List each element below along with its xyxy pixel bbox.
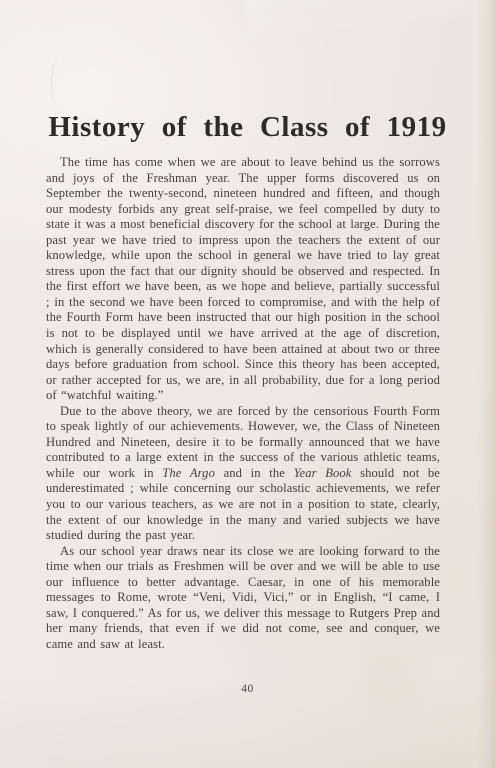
paragraph: As our school year draws near its close … bbox=[46, 544, 440, 653]
paragraph-text: As our school year draws near its close … bbox=[46, 544, 440, 651]
page-number: 40 bbox=[0, 683, 495, 695]
paragraph: Due to the above theory, we are forced b… bbox=[46, 404, 440, 544]
paper-edge-highlight bbox=[242, 0, 495, 55]
paper-crease-mark bbox=[49, 56, 68, 103]
page-title: History of the Class of 1919 bbox=[0, 111, 495, 144]
italic-text: The Argo bbox=[162, 466, 215, 480]
scanned-book-page: History of the Class of 1919 The time ha… bbox=[0, 0, 495, 768]
body-text: The time has come when we are about to l… bbox=[46, 155, 440, 653]
paragraph-text: and in the bbox=[215, 466, 294, 480]
paragraph-text: The time has come when we are about to l… bbox=[46, 155, 440, 402]
italic-text: Year Book bbox=[294, 466, 352, 480]
paragraph: The time has come when we are about to l… bbox=[46, 155, 440, 404]
